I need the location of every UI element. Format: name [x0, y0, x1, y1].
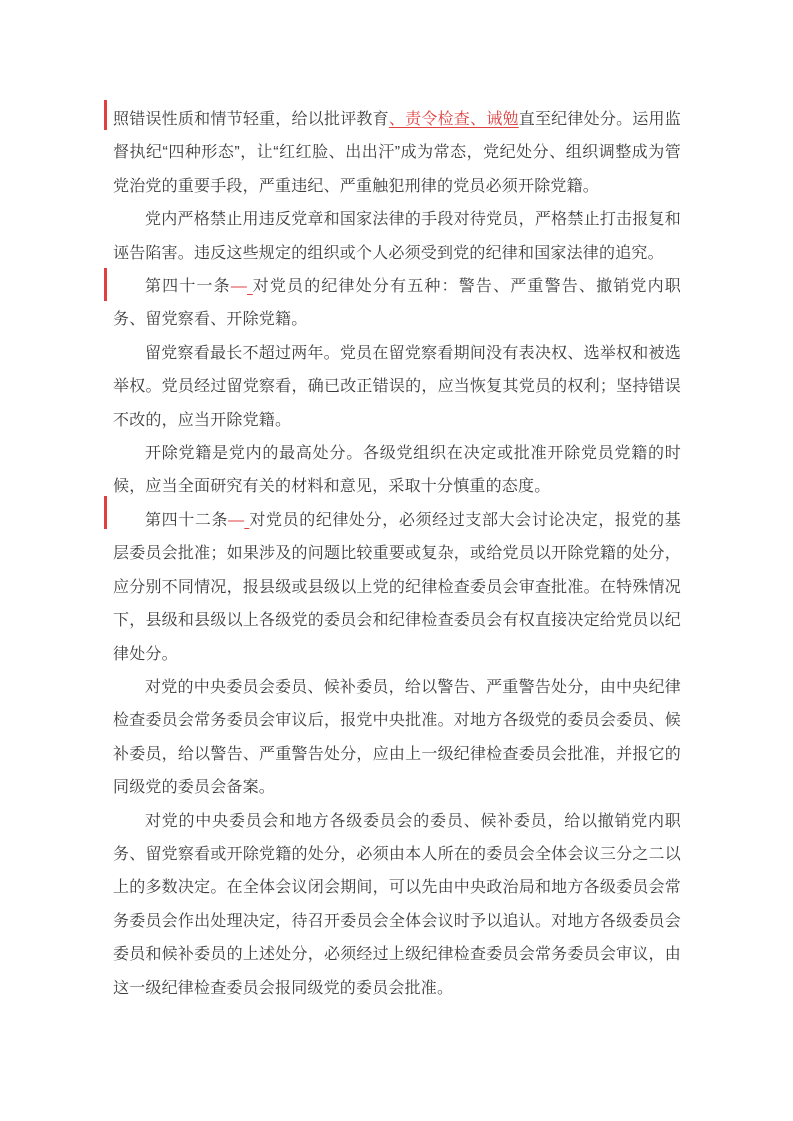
revision-inserted-run: 、责令检查、诫勉 [389, 111, 519, 128]
paragraph: 党内严格禁止用违反党章和国家法律的手段对待党员，严格禁止打击报复和诬告陷害。违反… [113, 203, 681, 270]
revision-revision-dash-run: — [228, 512, 244, 529]
text-run: 第四十二条 [145, 512, 228, 529]
paragraph: 对党的中央委员会和地方各级委员会的委员、候补委员，给以撤销党内职务、留党察看或开… [113, 805, 681, 1005]
text-run: 照错误性质和情节轻重，给以批评教育 [113, 111, 389, 128]
revision-change-bar [104, 100, 107, 130]
document-body: 照错误性质和情节轻重，给以批评教育、责令检查、诫勉直至纪律处分。运用监督执纪“四… [113, 103, 681, 1005]
paragraph: 留党察看最长不超过两年。党员在留党察看期间没有表决权、选举权和被选举权。党员经过… [113, 337, 681, 437]
paragraph: 对党的中央委员会委员、候补委员，给以警告、严重警告处分，由中央纪律检查委员会常务… [113, 671, 681, 805]
paragraph: 第四十二条— 对党员的纪律处分，必须经过支部大会讨论决定，报党的基层委员会批准；… [113, 504, 681, 671]
text-run: 对党员的纪律处分，必须经过支部大会讨论决定，报党的基层委员会批准；如果涉及的问题… [113, 512, 681, 663]
text-run: 留党察看最长不超过两年。党员在留党察看期间没有表决权、选举权和被选举权。党员经过… [113, 345, 681, 429]
revision-change-bar [104, 268, 107, 301]
paragraph: 开除党籍是党内的最高处分。各级党组织在决定或批准开除党员党籍的时候，应当全面研究… [113, 437, 681, 504]
text-run: 党内严格禁止用违反党章和国家法律的手段对待党员，严格禁止打击报复和诬告陷害。违反… [113, 211, 681, 261]
text-run: 开除党籍是党内的最高处分。各级党组织在决定或批准开除党员党籍的时候，应当全面研究… [113, 445, 681, 495]
paragraph: 照错误性质和情节轻重，给以批评教育、责令检查、诫勉直至纪律处分。运用监督执纪“四… [113, 103, 681, 203]
document-page: 照错误性质和情节轻重，给以批评教育、责令检查、诫勉直至纪律处分。运用监督执纪“四… [0, 0, 793, 1121]
revision-change-bar [104, 496, 107, 529]
paragraph: 第四十一条— 对党员的纪律处分有五种：警告、严重警告、撤销党内职务、留党察看、开… [113, 270, 681, 337]
text-run: 对党的中央委员会委员、候补委员，给以警告、严重警告处分，由中央纪律检查委员会常务… [113, 679, 681, 796]
text-run: 第四十一条 [145, 278, 231, 295]
text-run: 对党的中央委员会和地方各级委员会的委员、候补委员，给以撤销党内职务、留党察看或开… [113, 813, 681, 997]
revision-revision-dash-run: — [231, 278, 247, 295]
